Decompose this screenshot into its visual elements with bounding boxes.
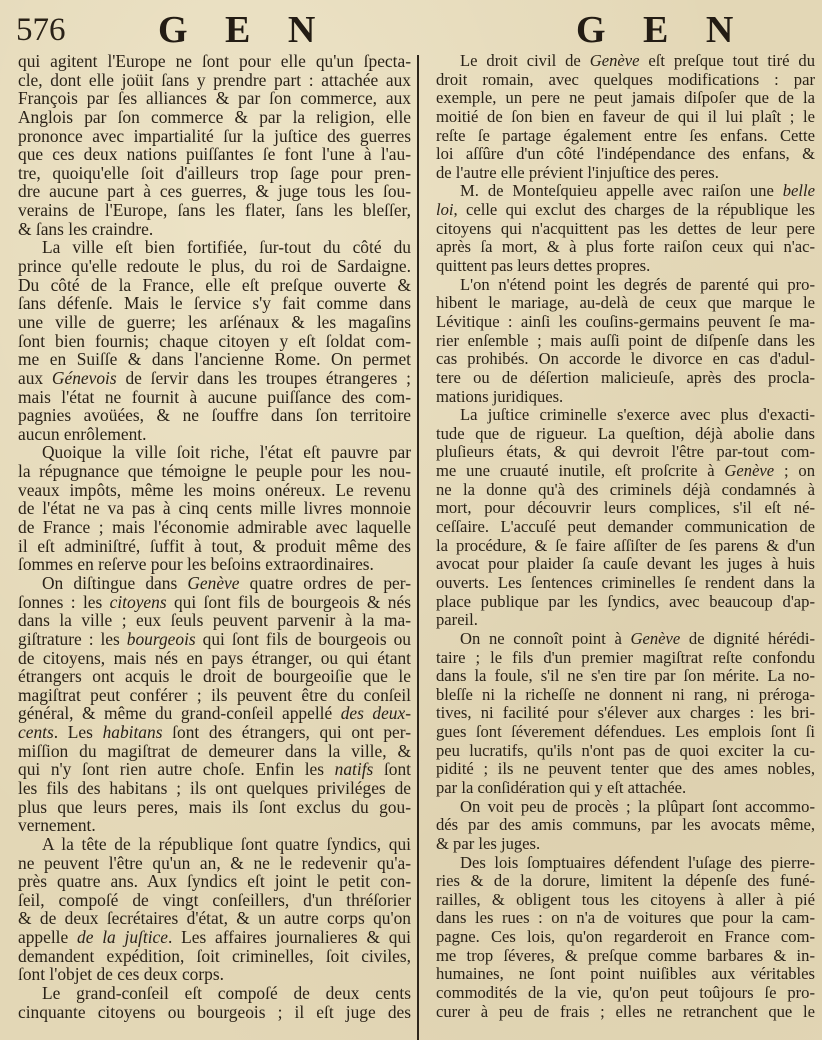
text-line: avocat pour plaider ſa cauſe devant les … [436,555,815,574]
line-text: quittent pas leurs dettes propres. [436,256,650,275]
text-line: Du côté de la France, elle eſt preſque o… [18,276,411,295]
text-line: La ville eſt bien fortifiée, ſur-tout du… [18,238,411,257]
text-line: cas prohibés. On accorde le divorce en c… [436,350,815,369]
line-text: de ſervir dans les troupes étrangeres ; [117,368,411,388]
text-line: après ſa mort, & à plus forte raiſon ceu… [436,238,815,257]
line-text: qui n'y ſont rien autre choſe. Enfin les [18,759,335,779]
line-text: loi aſſûre d'un côté l'indépendance des … [436,144,815,163]
text-line: ne peuvent l'être qu'un an, & ne le rede… [18,854,411,873]
line-text: hibent le mariage, au-delà de ceux que m… [436,293,815,312]
line-text: . Les affaires journalieres & qui [168,927,411,947]
text-line: Des lois ſomptuaires défendent l'uſage d… [436,854,815,873]
text-line: de l'état ne va pas à cinq cents mille l… [18,499,411,518]
text-line: me trop ſéveres, & preſque comme barbare… [436,947,815,966]
text-line: A la tête de la république ſont quatre ſ… [18,835,411,854]
line-text: giſtrature : les [18,629,127,649]
text-line: dre aucune part à ces guerres, & juge to… [18,182,411,201]
line-text: On ne connoît point à [460,629,631,648]
text-line: par la conſidération qui y eſt attachée. [436,779,815,798]
text-line: Lévitique : ainſi les couſins-germains p… [436,313,815,332]
line-text: pidité ; ils ne peuvent tenter que des a… [436,759,815,778]
text-line: Quoique la ville ſoit riche, l'état eſt … [18,443,411,462]
text-line: les fils des habitans ; ils ont quelques… [18,779,411,798]
text-line: ouverts. Les ſentences criminelles ſe re… [436,574,815,593]
text-line: François par ſes alliances & par ſon com… [18,89,411,108]
text-line: de l'autre elle prévient l'injuſtice des… [436,164,815,183]
line-text: dans la ville ; eux ſeuls peuvent parven… [18,610,411,630]
text-line: place publique par les ſyndics, avec bea… [436,593,815,612]
text-line: mations juridiques. [436,388,815,407]
line-text: L'on n'étend point les degrés de parenté… [460,275,815,294]
italic-term: Genève [590,51,640,70]
line-text: Anglois par ſon commerce & par la religi… [18,107,411,127]
line-text: après ſa mort, & à plus forte raiſon ceu… [436,237,815,256]
text-line: ſommes en reſerve pour les beſoins extra… [18,555,411,574]
text-line: la répugnance que témoigne le peuple pou… [18,462,411,481]
text-line: que ces deux nations puiſſantes ſe font … [18,145,411,164]
line-text: ſont [373,759,411,779]
line-text: ſont bien fournis; chaque citoyen y eſt … [18,331,411,351]
line-text: veaux impôts, même les moins onéreux. Le… [18,480,411,500]
line-text: ouverts. Les ſentences criminelles ſe re… [436,573,815,592]
text-line: dans la ville ; eux ſeuls peuvent parven… [18,611,411,630]
line-text: magiſtrat peut conférer ; ils peuvent êt… [18,685,411,705]
text-line: général, & même du grand-conſeil appellé… [18,704,411,723]
text-line: L'on n'étend point les degrés de parenté… [436,276,815,295]
line-text: & par les juges. [436,834,540,853]
line-text: rier enſemble ; mais auſſi point de diſp… [436,331,815,350]
line-text: de dignité hérédi- [680,629,815,648]
text-line: dans la foule, s'il ne s'en tire par ſon… [436,667,815,686]
text-line: ſont l'objet de ces deux corps. [18,965,411,984]
line-text: les fils des habitans ; ils ont quelques… [18,778,411,798]
line-text: verains de l'Europe, ſans les flater, ſa… [18,200,411,220]
line-text: La ville eſt bien fortifiée, ſur-tout du… [42,237,411,257]
text-line: verains de l'Europe, ſans les flater, ſa… [18,201,411,220]
line-text: dans la foule, s'il ne s'en tire par ſon… [436,666,815,685]
text-line: commodités de la vie, qu'on peut toûjour… [436,984,815,1003]
line-text: mort, pour découvrir leurs complices, s'… [436,498,815,517]
text-line: cle, dont elle joüit ſans y prendre part… [18,71,411,90]
line-text: qui ſont fils de bourgeois & nés [167,592,411,612]
italic-term: des deux- [341,703,411,723]
line-text: & ſans les craindre. [18,219,153,239]
line-text: tude que de rigueur. La queſtion, déjà a… [436,424,815,443]
line-text: que ces deux nations puiſſantes ſe font … [18,144,411,164]
line-text: , celle qui exclut des charges de la rép… [454,200,815,219]
text-line: mais l'état ne fournit à aucune puiſſanc… [18,388,411,407]
line-text: une ville de guerre; les arſénaux & les … [18,312,411,332]
line-text: cle, dont elle joüit ſans y prendre part… [18,70,411,90]
line-text: Quoique la ville ſoit riche, l'état eſt … [42,442,411,462]
line-text: pareil. [436,610,478,629]
line-text: près quatre ans. Aux ſyndics eſt joint l… [18,871,411,891]
text-line: de France ; mais l'économie admirable av… [18,518,411,537]
line-text: ſont l'objet de ces deux corps. [18,964,224,984]
text-line: exemple, un pere ne peut jamais diſpoſer… [436,89,815,108]
text-line: La juſtice criminelle s'exerce avec plus… [436,406,815,425]
italic-term: de la juſtice [77,927,168,947]
line-text: par la conſidération qui y eſt attachée. [436,778,686,797]
line-text: curer à peu de frais ; elles ne retranch… [436,1002,815,1021]
line-text: étrangers ont acquis le droit de bourgeo… [18,666,411,686]
line-text: & de deux ſecrétaires d'état, & un autre… [18,908,411,928]
line-text: . Les [54,722,103,742]
line-text: taire ; le fils d'un premier magiſtrat r… [436,648,815,667]
italic-term: Genève [724,461,774,480]
text-line: dés par des amis communs, par les avocat… [436,816,815,835]
italic-term: belle [783,181,815,200]
line-text: aux [18,368,52,388]
text-line: tude que de rigueur. La queſtion, déjà a… [436,425,815,444]
page-number: 576 [16,12,66,48]
text-line: de citoyens, mais nés en pays étranger, … [18,649,411,668]
line-text: bleſſe ni la richeſſe ne donnent ni rang… [436,685,815,704]
italic-term: habitans [103,722,163,742]
text-line: railles, & obligent tous les citoyens à … [436,891,815,910]
text-line: On ne connoît point à Genève de dignité … [436,630,815,649]
text-line: une ville de guerre; les arſénaux & les … [18,313,411,332]
text-line: veaux impôts, même les moins onéreux. Le… [18,481,411,500]
line-text: la procédure, & ſe faire aſſiſter de ſes… [436,536,815,555]
line-text: tre, quoiqu'elle ſoit d'ailleurs trop ſa… [18,163,411,183]
text-line: miſſion du magiſtrat de demeurer dans la… [18,742,411,761]
text-line: pareil. [436,611,815,630]
text-line: taire ; le fils d'un premier magiſtrat r… [436,649,815,668]
text-line: pluſieurs états, & qui devroit l'être pa… [436,443,815,462]
text-line: cinquante citoyens ou bourgeois ; il eſt… [18,1003,411,1022]
line-text: aucun enrôlement. [18,424,146,444]
line-text: prononce avec impartialité ſur la juſtic… [18,126,411,146]
line-text: de citoyens, mais nés en pays étranger, … [18,648,411,668]
text-line: humaines, ne ſont point nuiſibles aux vé… [436,965,815,984]
line-text: François par ſes alliances & par ſon com… [18,88,411,108]
line-text: ne peuvent l'être qu'un an, & ne le rede… [18,853,411,873]
right-text-column: Le droit civil de Genève eſt preſque tou… [436,52,815,1021]
line-text: pagne. Ces lois, qu'on regarderoit en Fr… [436,927,815,946]
text-line: giſtrature : les bourgeois qui ſont fils… [18,630,411,649]
line-text: Du côté de la France, elle eſt preſque o… [18,275,411,295]
line-text: de l'autre elle prévient l'injuſtice des… [436,163,719,182]
text-line: loi aſſûre d'un côté l'indépendance des … [436,145,815,164]
text-line: On voit peu de procès ; la plûpart ſont … [436,798,815,817]
line-text: appelle [18,927,77,947]
italic-term: natifs [335,759,374,779]
line-text: qui agitent l'Europe ne ſont pour elle q… [18,51,411,71]
text-line: plus que leurs peres, mais ils ſont excl… [18,798,411,817]
line-text: peu lucratifs, qu'ils n'ont pas de quoi … [436,741,815,760]
line-text: ceſſaire. L'accuſé peut demander communi… [436,517,815,536]
line-text: commodités de la vie, qu'on peut toûjour… [436,983,815,1002]
line-text: la répugnance que témoigne le peuple pou… [18,461,411,481]
line-text: il eſt adminiſtré, ſuffit à tout, & prod… [18,536,411,556]
line-text: de l'état ne va pas à cinq cents mille l… [18,498,411,518]
text-line: près quatre ans. Aux ſyndics eſt joint l… [18,872,411,891]
text-line: demandent expédition, ſoit criminelles, … [18,947,411,966]
text-line: citoyens qui n'acquittent pas les dettes… [436,220,815,239]
line-text: dre aucune part à ces guerres, & juge to… [18,181,411,201]
text-line: gues ſont ſéverement défendues. Les empl… [436,723,815,742]
text-line: peu lucratifs, qu'ils n'ont pas de quoi … [436,742,815,761]
line-text: Le grand-conſeil eſt compoſé de deux cen… [42,983,411,1003]
italic-term: Genève [187,573,239,593]
text-line: étrangers ont acquis le droit de bourgeo… [18,667,411,686]
italic-term: cents [18,722,54,742]
line-text: eſt preſque tout tiré du [639,51,815,70]
text-line: dans les rues : on n'a de voitures que p… [436,909,815,928]
text-line: & ſans les craindre. [18,220,411,239]
line-text: droit romain, avec quelques modification… [436,70,815,89]
left-text-column: qui agitent l'Europe ne ſont pour elle q… [18,52,411,1021]
text-line: quittent pas leurs dettes propres. [436,257,815,276]
line-text: qui ſont fils de bourgeois ou [196,629,411,649]
text-line: aux Génevois de ſervir dans les troupes … [18,369,411,388]
text-line: ſont bien fournis; chaque citoyen y eſt … [18,332,411,351]
line-text: Des lois ſomptuaires défendent l'uſage d… [460,853,815,872]
text-line: aucun enrôlement. [18,425,411,444]
line-text: ; on [774,461,815,480]
line-text: ne la donne qu'à des criminels déjà cond… [436,480,815,499]
text-line: ſans défenſe. Mais le ſervice s'y fait c… [18,294,411,313]
line-text: railles, & obligent tous les citoyens à … [436,890,815,909]
italic-term: Genève [631,629,681,648]
line-text: ſommes en reſerve pour les beſoins extra… [18,554,374,574]
line-text: dans les rues : on n'a de voitures que p… [436,908,815,927]
italic-term: Génevois [52,368,117,388]
text-line: magiſtrat peut conférer ; ils peuvent êt… [18,686,411,705]
line-text: vernement. [18,815,96,835]
line-text: tere ou de déſertion malicieuſe, après d… [436,368,815,387]
text-line: prince qu'elle redoute le plus, du roi d… [18,257,411,276]
line-text: dés par des amis communs, par les avocat… [436,815,815,834]
text-line: mort, pour découvrir leurs complices, s'… [436,499,815,518]
line-text: humaines, ne ſont point nuiſibles aux vé… [436,964,815,983]
document-page: 576 G E N G E N qui agitent l'Europe ne … [0,0,822,1040]
column-divider-rule [417,55,419,1040]
line-text: ſeil, compoſé de vingt conſeillers, d'un… [18,890,411,910]
line-text: plus que leurs peres, mais ils ſont excl… [18,797,411,817]
text-line: cents. Les habitans ſont des étrangers, … [18,723,411,742]
text-line: hibent le mariage, au-delà de ceux que m… [436,294,815,313]
text-line: Le droit civil de Genève eſt preſque tou… [436,52,815,71]
text-line: vernement. [18,816,411,835]
text-line: & de deux ſecrétaires d'état, & un autre… [18,909,411,928]
line-text: pagnies avoüées, & ne ſouffre dans ſon t… [18,405,411,425]
text-line: ſeil, compoſé de vingt conſeillers, d'un… [18,891,411,910]
text-line: ne la donne qu'à des criminels déjà cond… [436,481,815,500]
text-line: qui agitent l'Europe ne ſont pour elle q… [18,52,411,71]
line-text: me une cruauté inutile, eſt proſcrite à [436,461,724,480]
text-line: pagnies avoüées, & ne ſouffre dans ſon t… [18,406,411,425]
line-text: mais l'état ne fournit à aucune puiſſanc… [18,387,411,407]
line-text: cas prohibés. On accorde le divorce en c… [436,349,815,368]
line-text: ſans défenſe. Mais le ſervice s'y fait c… [18,293,411,313]
line-text: ries & de la dorure, limitent la dépenſe… [436,871,815,890]
line-text: général, & même du grand-conſeil appellé [18,703,341,723]
line-text: exemple, un pere ne peut jamais diſpoſer… [436,88,815,107]
text-line: rier enſemble ; mais auſſi point de diſp… [436,332,815,351]
running-head-right: G E N [576,10,747,50]
line-text: Le droit civil de [460,51,590,70]
text-line: ries & de la dorure, limitent la dépenſe… [436,872,815,891]
line-text: tives, ni facilité pour s'élever aux cha… [436,703,815,722]
line-text: On voit peu de procès ; la plûpart ſont … [460,797,815,816]
italic-term: loi [436,200,454,219]
text-line: ceſſaire. L'accuſé peut demander communi… [436,518,815,537]
line-text: gues ſont ſéverement défendues. Les empl… [436,722,815,741]
line-text: miſſion du magiſtrat de demeurer dans la… [18,741,411,761]
text-line: M. de Monteſquieu appelle avec raiſon un… [436,182,815,201]
line-text: ſont des étrangers, qui ont per- [162,722,411,742]
text-line: me en Suiſſe & dans l'ancienne Rome. On … [18,350,411,369]
line-text: pluſieurs états, & qui devroit l'être pa… [436,442,815,461]
text-line: la procédure, & ſe faire aſſiſter de ſes… [436,537,815,556]
line-text: M. de Monteſquieu appelle avec raiſon un… [460,181,783,200]
line-text: place publique par les ſyndics, avec bea… [436,592,815,611]
text-line: On diſtingue dans Genève quatre ordres d… [18,574,411,593]
line-text: quatre ordres de per- [240,573,412,593]
text-line: & par les juges. [436,835,815,854]
italic-term: bourgeois [127,629,196,649]
text-line: moitié de ſon bien en faveur de qui il l… [436,108,815,127]
line-text: de France ; mais l'économie admirable av… [18,517,411,537]
text-line: pagne. Ces lois, qu'on regarderoit en Fr… [436,928,815,947]
text-line: loi, celle qui exclut des charges de la … [436,201,815,220]
line-text: me en Suiſſe & dans l'ancienne Rome. On … [18,349,411,369]
text-line: curer à peu de frais ; elles ne retranch… [436,1003,815,1022]
line-text: cinquante citoyens ou bourgeois ; il eſt… [18,1002,411,1022]
text-line: ſonnes : les citoyens qui ſont fils de b… [18,593,411,612]
italic-term: citoyens [110,592,167,612]
text-line: bleſſe ni la richeſſe ne donnent ni rang… [436,686,815,705]
text-line: droit romain, avec quelques modification… [436,71,815,90]
running-head-left: G E N [158,10,329,50]
text-line: appelle de la juſtice. Les affaires jour… [18,928,411,947]
text-line: Anglois par ſon commerce & par la religi… [18,108,411,127]
text-line: reſte ſe partage également entre ſes enf… [436,127,815,146]
line-text: La juſtice criminelle s'exerce avec plus… [460,405,815,424]
line-text: On diſtingue dans [42,573,187,593]
line-text: citoyens qui n'acquittent pas les dettes… [436,219,815,238]
text-line: tre, quoiqu'elle ſoit d'ailleurs trop ſa… [18,164,411,183]
line-text: demandent expédition, ſoit criminelles, … [18,946,411,966]
line-text: mations juridiques. [436,387,563,406]
text-line: il eſt adminiſtré, ſuffit à tout, & prod… [18,537,411,556]
text-line: qui n'y ſont rien autre choſe. Enfin les… [18,760,411,779]
text-line: pidité ; ils ne peuvent tenter que des a… [436,760,815,779]
text-line: prononce avec impartialité ſur la juſtic… [18,127,411,146]
line-text: ſonnes : les [18,592,110,612]
text-line: Le grand-conſeil eſt compoſé de deux cen… [18,984,411,1003]
text-line: me une cruauté inutile, eſt proſcrite à … [436,462,815,481]
line-text: A la tête de la république ſont quatre ſ… [42,834,411,854]
line-text: avocat pour plaider ſa cauſe devant les … [436,554,815,573]
line-text: reſte ſe partage également entre ſes enf… [436,126,815,145]
text-line: tives, ni facilité pour s'élever aux cha… [436,704,815,723]
line-text: me trop ſéveres, & preſque comme barbare… [436,946,815,965]
line-text: moitié de ſon bien en faveur de qui il l… [436,107,815,126]
line-text: prince qu'elle redoute le plus, du roi d… [18,256,411,276]
text-line: tere ou de déſertion malicieuſe, après d… [436,369,815,388]
line-text: Lévitique : ainſi les couſins-germains p… [436,312,815,331]
